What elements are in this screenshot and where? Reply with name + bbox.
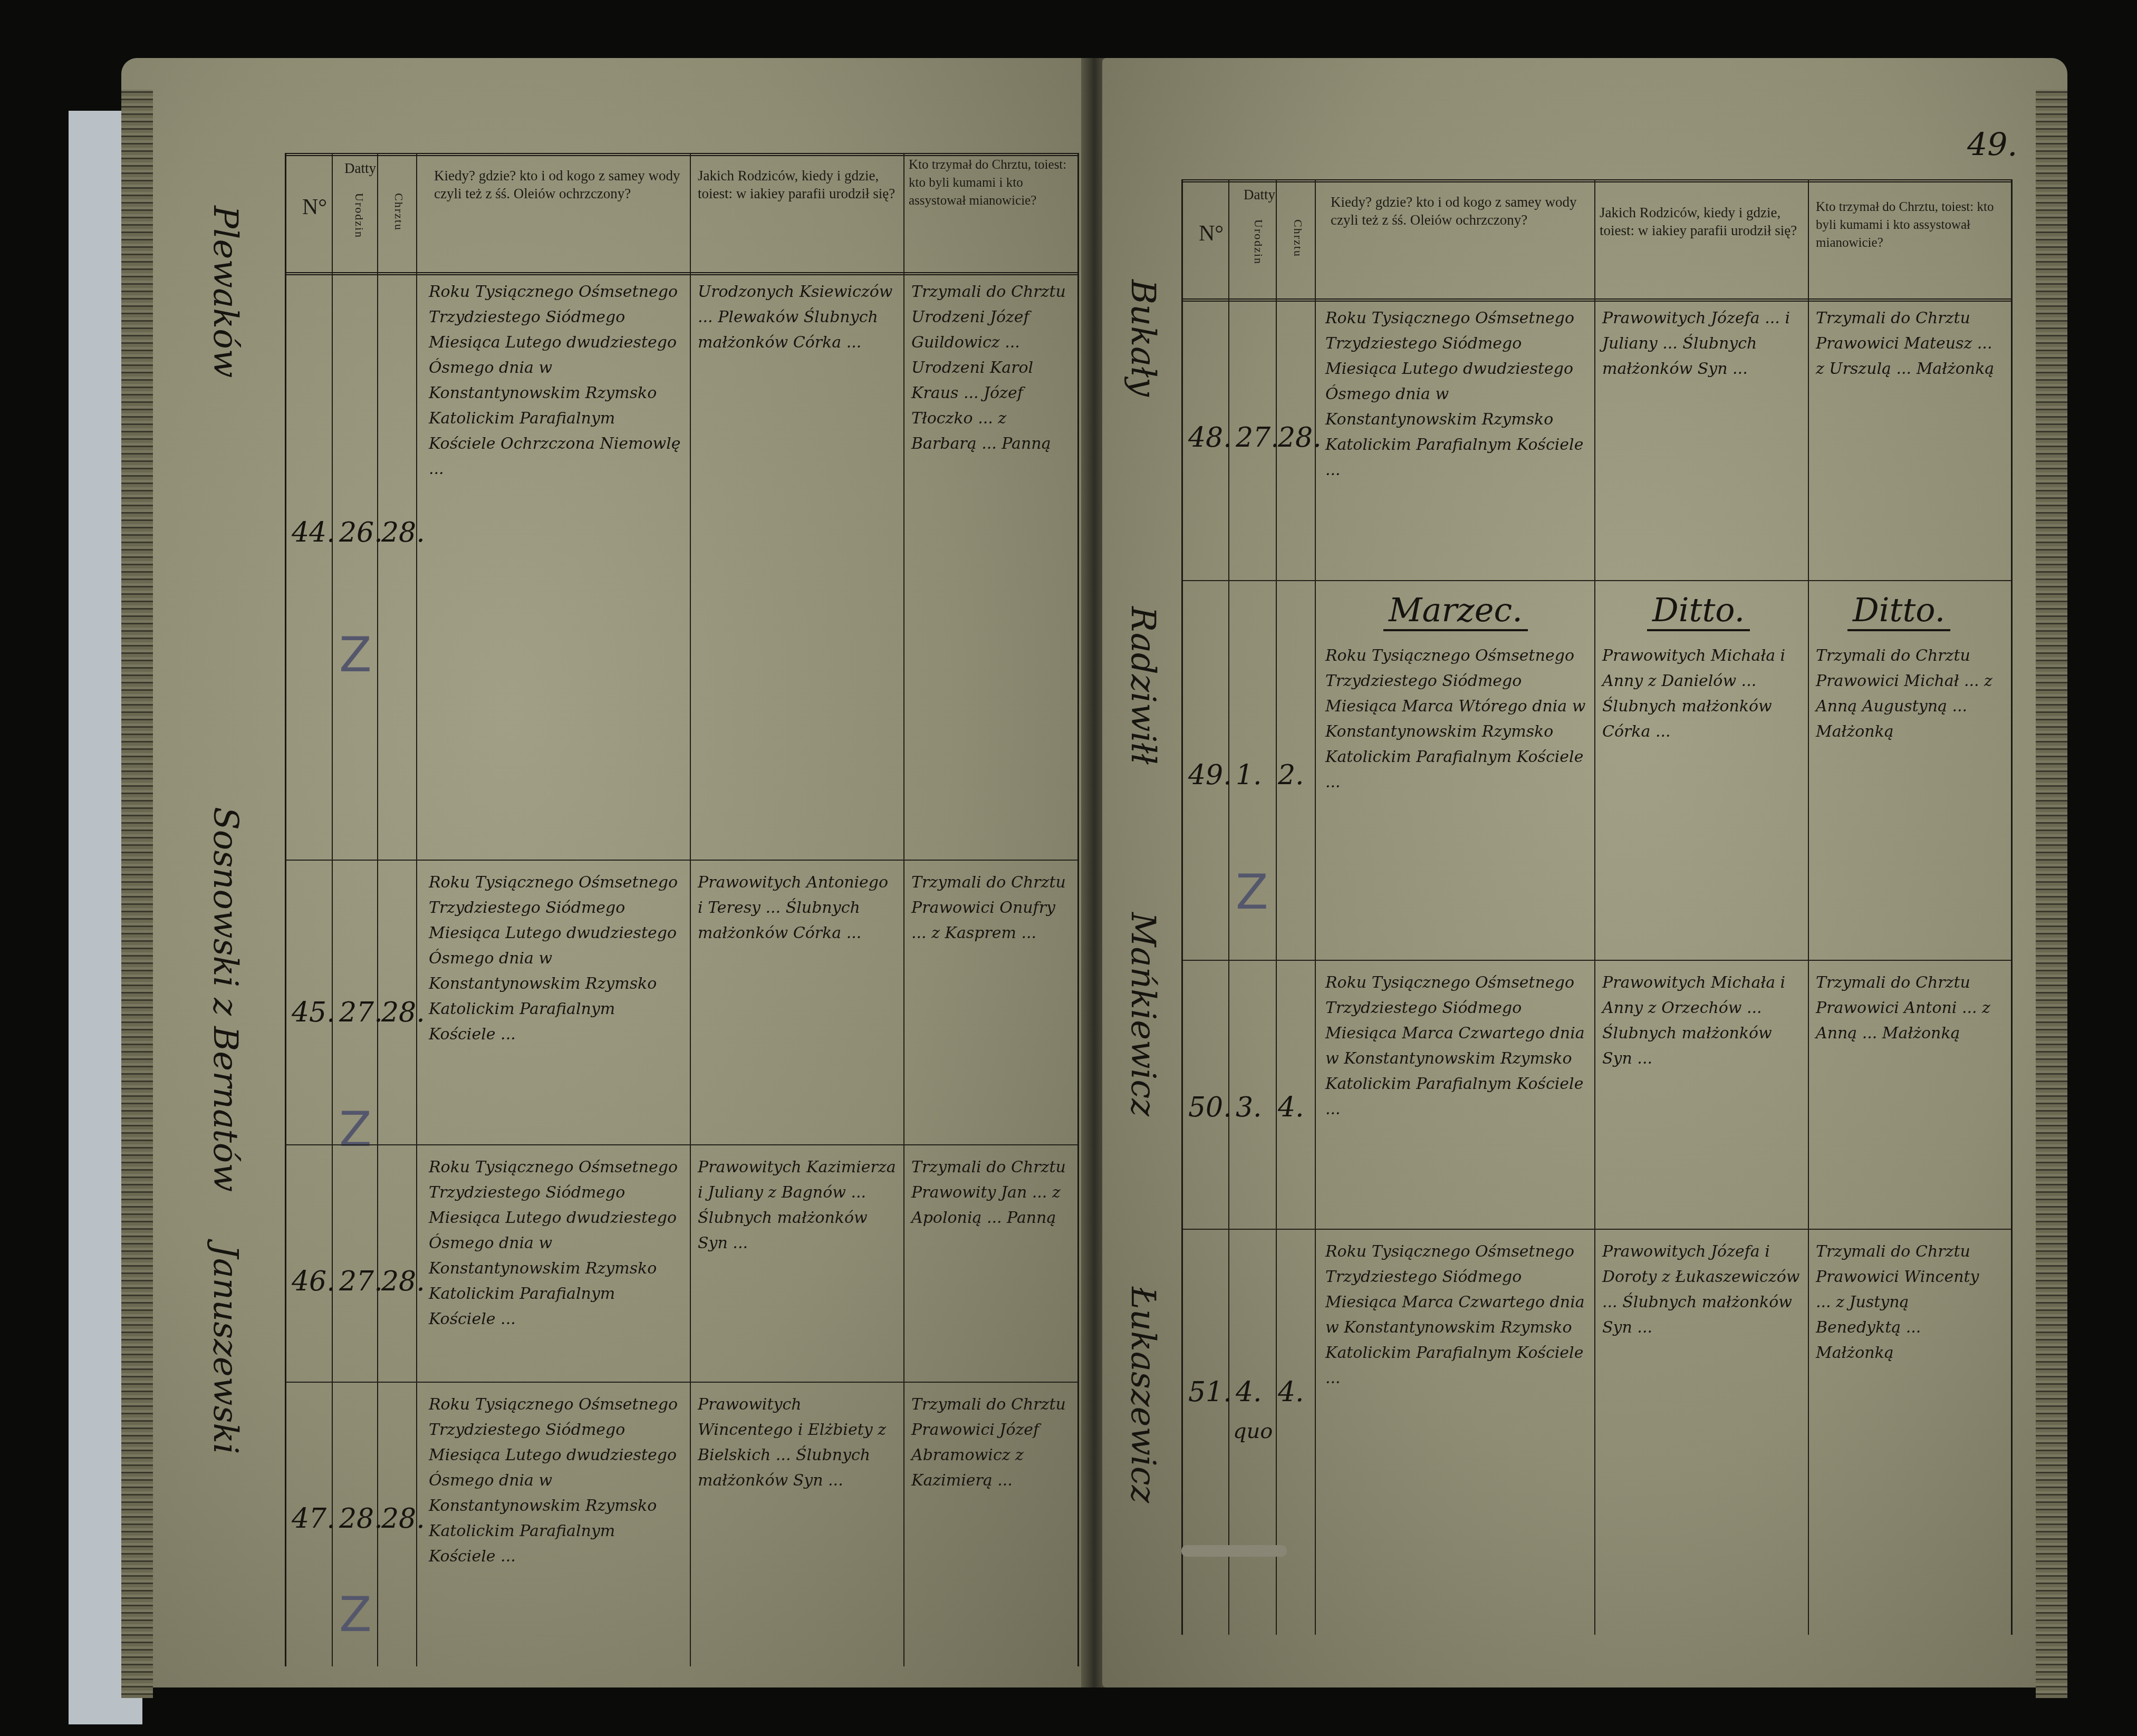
row-divider [286, 860, 1077, 861]
entry-text: Roku Tysiącznego Ośmsetnego Trzydziesteg… [1325, 306, 1589, 483]
entry-parents: Prawowitych Wincentego i Elżbiety z Biel… [698, 1392, 898, 1493]
header-born: Urodzin [352, 193, 366, 238]
entry-parents: Prawowitych Kazimierza i Juliany z Bagnó… [698, 1155, 898, 1256]
birth-date: 28. [339, 1503, 383, 1535]
entry-text: Roku Tysiącznego Ośmsetnego Trzydziesteg… [1325, 970, 1589, 1122]
margin-name-47: Januszewski [206, 1245, 245, 1454]
pencil-mark: Z [339, 628, 372, 683]
baptism-date: 28. [381, 1266, 425, 1297]
entry-godparents: Trzymali do Chrztu Prawowici Michał ... … [1816, 643, 1995, 745]
pencil-mark: Z [339, 1587, 372, 1643]
col-divider [690, 153, 691, 1666]
row-divider [1183, 580, 2011, 581]
col-divider [1228, 179, 1229, 1635]
birth-date: 26. [339, 517, 383, 548]
col-divider [377, 153, 378, 1666]
row-divider [286, 1382, 1077, 1383]
row-divider [1183, 1229, 2011, 1230]
entry-godparents: Trzymali do Chrztu Prawowici Mateusz ...… [1816, 306, 1995, 382]
entry-godparents: Trzymali do Chrztu Urodzeni Józef Guildo… [911, 279, 1070, 457]
entry-godparents: Trzymali do Chrztu Prawowici Wincenty ..… [1816, 1239, 1995, 1366]
header-godparents: Kto trzymał do Chrztu, toiest: kto byli … [1816, 198, 1995, 252]
right-page: Bukały Radziwiłł Mańkiewicz Łukaszewicz … [1102, 58, 2067, 1687]
col-divider [332, 153, 333, 1666]
entry-number: 48. [1188, 422, 1232, 454]
header-no: N° [302, 198, 327, 216]
month-heading: Marzec. [1383, 591, 1528, 631]
birth-date: 27. [339, 997, 383, 1028]
entry-text: Roku Tysiącznego Ośmsetnego Trzydziesteg… [429, 279, 682, 482]
header-when-where: Kiedy? gdzie? kto i od kogo z samey wody… [1331, 193, 1584, 229]
entry-godparents: Trzymali do Chrztu Prawowici Antoni ... … [1816, 970, 1995, 1046]
pencil-mark: Z [339, 1102, 372, 1158]
entry-parents: Prawowitych Józefa ... i Juliany ... Ślu… [1602, 306, 1803, 382]
margin-name-49: Radziwiłł [1123, 606, 1162, 765]
baptism-date: 4. [1278, 1376, 1304, 1408]
entry-number: 46. [292, 1266, 335, 1297]
birth-date: 3. [1236, 1092, 1262, 1123]
header-parents: Jakich Rodziców, kiedy i gdzie, toiest: … [1600, 204, 1805, 239]
right-register-table: N° Datty Urodzin Chrztu Kiedy? gdzie? kt… [1181, 179, 2013, 1635]
col-divider [1594, 179, 1595, 1635]
col-divider [1276, 179, 1277, 1635]
left-page: Plewaków Sosnowski z Bernatów Januszewsk… [121, 58, 1086, 1687]
baptism-date: 28. [1278, 422, 1322, 454]
header-when-where: Kiedy? gdzie? kto i od kogo z samey wody… [434, 167, 687, 202]
birth-date: 1. [1236, 759, 1262, 791]
entry-number: 45. [292, 997, 335, 1028]
margin-name-44: Plewaków [206, 206, 245, 378]
entry-number: 44. [292, 517, 335, 548]
entry-parents: Prawowitych Michała i Anny z Orzechów ..… [1602, 970, 1803, 1072]
row-divider [1183, 960, 2011, 961]
margin-name-50: Mańkiewicz [1123, 912, 1162, 1116]
margin-name-48: Bukały [1123, 279, 1162, 397]
ditto-heading-godparents: Ditto. [1847, 591, 1950, 631]
entry-parents: Prawowitych Michała i Anny z Danielów ..… [1602, 643, 1803, 745]
col-divider [903, 153, 904, 1666]
page-number: 49. [1967, 127, 2017, 163]
col-divider [1808, 179, 1809, 1635]
birth-date: 4. [1236, 1376, 1262, 1408]
left-register-table: N° Datty Urodzin Chrztu Kiedy? gdzie? kt… [285, 153, 1079, 1666]
baptism-date: 2. [1278, 759, 1304, 791]
margin-name-45: Sosnowski z Bernatów [206, 807, 245, 1192]
col-divider [416, 153, 417, 1666]
header-baptism: Chrztu [392, 193, 406, 231]
page-edge-right [2036, 90, 2067, 1698]
entry-parents: Prawowitych Józefa i Doroty z Łukaszewic… [1602, 1239, 1803, 1340]
header-godparents: Kto trzymał do Chrztu, toiest: kto byli … [909, 156, 1072, 210]
baptism-date: 28. [381, 517, 425, 548]
entry-number: 49. [1188, 759, 1232, 791]
header-row: N° Datty Urodzin Chrztu Kiedy? gdzie? kt… [286, 153, 1077, 275]
margin-name-51: Łukaszewicz [1123, 1287, 1162, 1503]
page-edge-left [121, 90, 153, 1698]
header-row: N° Datty Urodzin Chrztu Kiedy? gdzie? kt… [1183, 179, 2011, 302]
header-born: Urodzin [1252, 219, 1265, 265]
birth-date: 27. [1236, 422, 1279, 454]
header-dates: Datty [1244, 186, 1275, 204]
entry-parents: Prawowitych Antoniego i Teresy ... Ślubn… [698, 870, 898, 946]
entry-text: Roku Tysiącznego Ośmsetnego Trzydziesteg… [429, 1155, 682, 1332]
register-spread: Plewaków Sosnowski z Bernatów Januszewsk… [32, 37, 2110, 1709]
header-dates: Datty [344, 159, 376, 177]
header-parents: Jakich Rodziców, kiedy i gdzie, toiest: … [698, 167, 903, 202]
entry-number: 47. [292, 1503, 335, 1535]
entry-text: Roku Tysiącznego Ośmsetnego Trzydziesteg… [1325, 643, 1589, 795]
pencil-mark: Z [1236, 865, 1268, 920]
col-divider [1315, 179, 1316, 1635]
entry-text: Roku Tysiącznego Ośmsetnego Trzydziesteg… [1325, 1239, 1589, 1391]
baptism-date: 28. [381, 1503, 425, 1535]
header-baptism: Chrztu [1291, 219, 1305, 257]
entry-godparents: Trzymali do Chrztu Prawowici Józef Abram… [911, 1392, 1070, 1493]
entry-number: 50. [1188, 1092, 1232, 1123]
entry-note: quo [1233, 1419, 1273, 1444]
binding-thread [1181, 1545, 1287, 1557]
baptism-date: 4. [1278, 1092, 1304, 1123]
entry-godparents: Trzymali do Chrztu Prawowity Jan ... z A… [911, 1155, 1070, 1231]
baptism-date: 28. [381, 997, 425, 1028]
header-no: N° [1199, 225, 1224, 243]
entry-godparents: Trzymali do Chrztu Prawowici Onufry ... … [911, 870, 1070, 946]
entry-parents: Urodzonych Ksiewiczów ... Plewaków Ślubn… [698, 279, 898, 355]
row-divider [286, 1144, 1077, 1145]
entry-number: 51. [1188, 1376, 1232, 1408]
ditto-heading-parents: Ditto. [1647, 591, 1750, 631]
entry-text: Roku Tysiącznego Ośmsetnego Trzydziesteg… [429, 1392, 682, 1569]
entry-text: Roku Tysiącznego Ośmsetnego Trzydziesteg… [429, 870, 682, 1047]
birth-date: 27. [339, 1266, 383, 1297]
